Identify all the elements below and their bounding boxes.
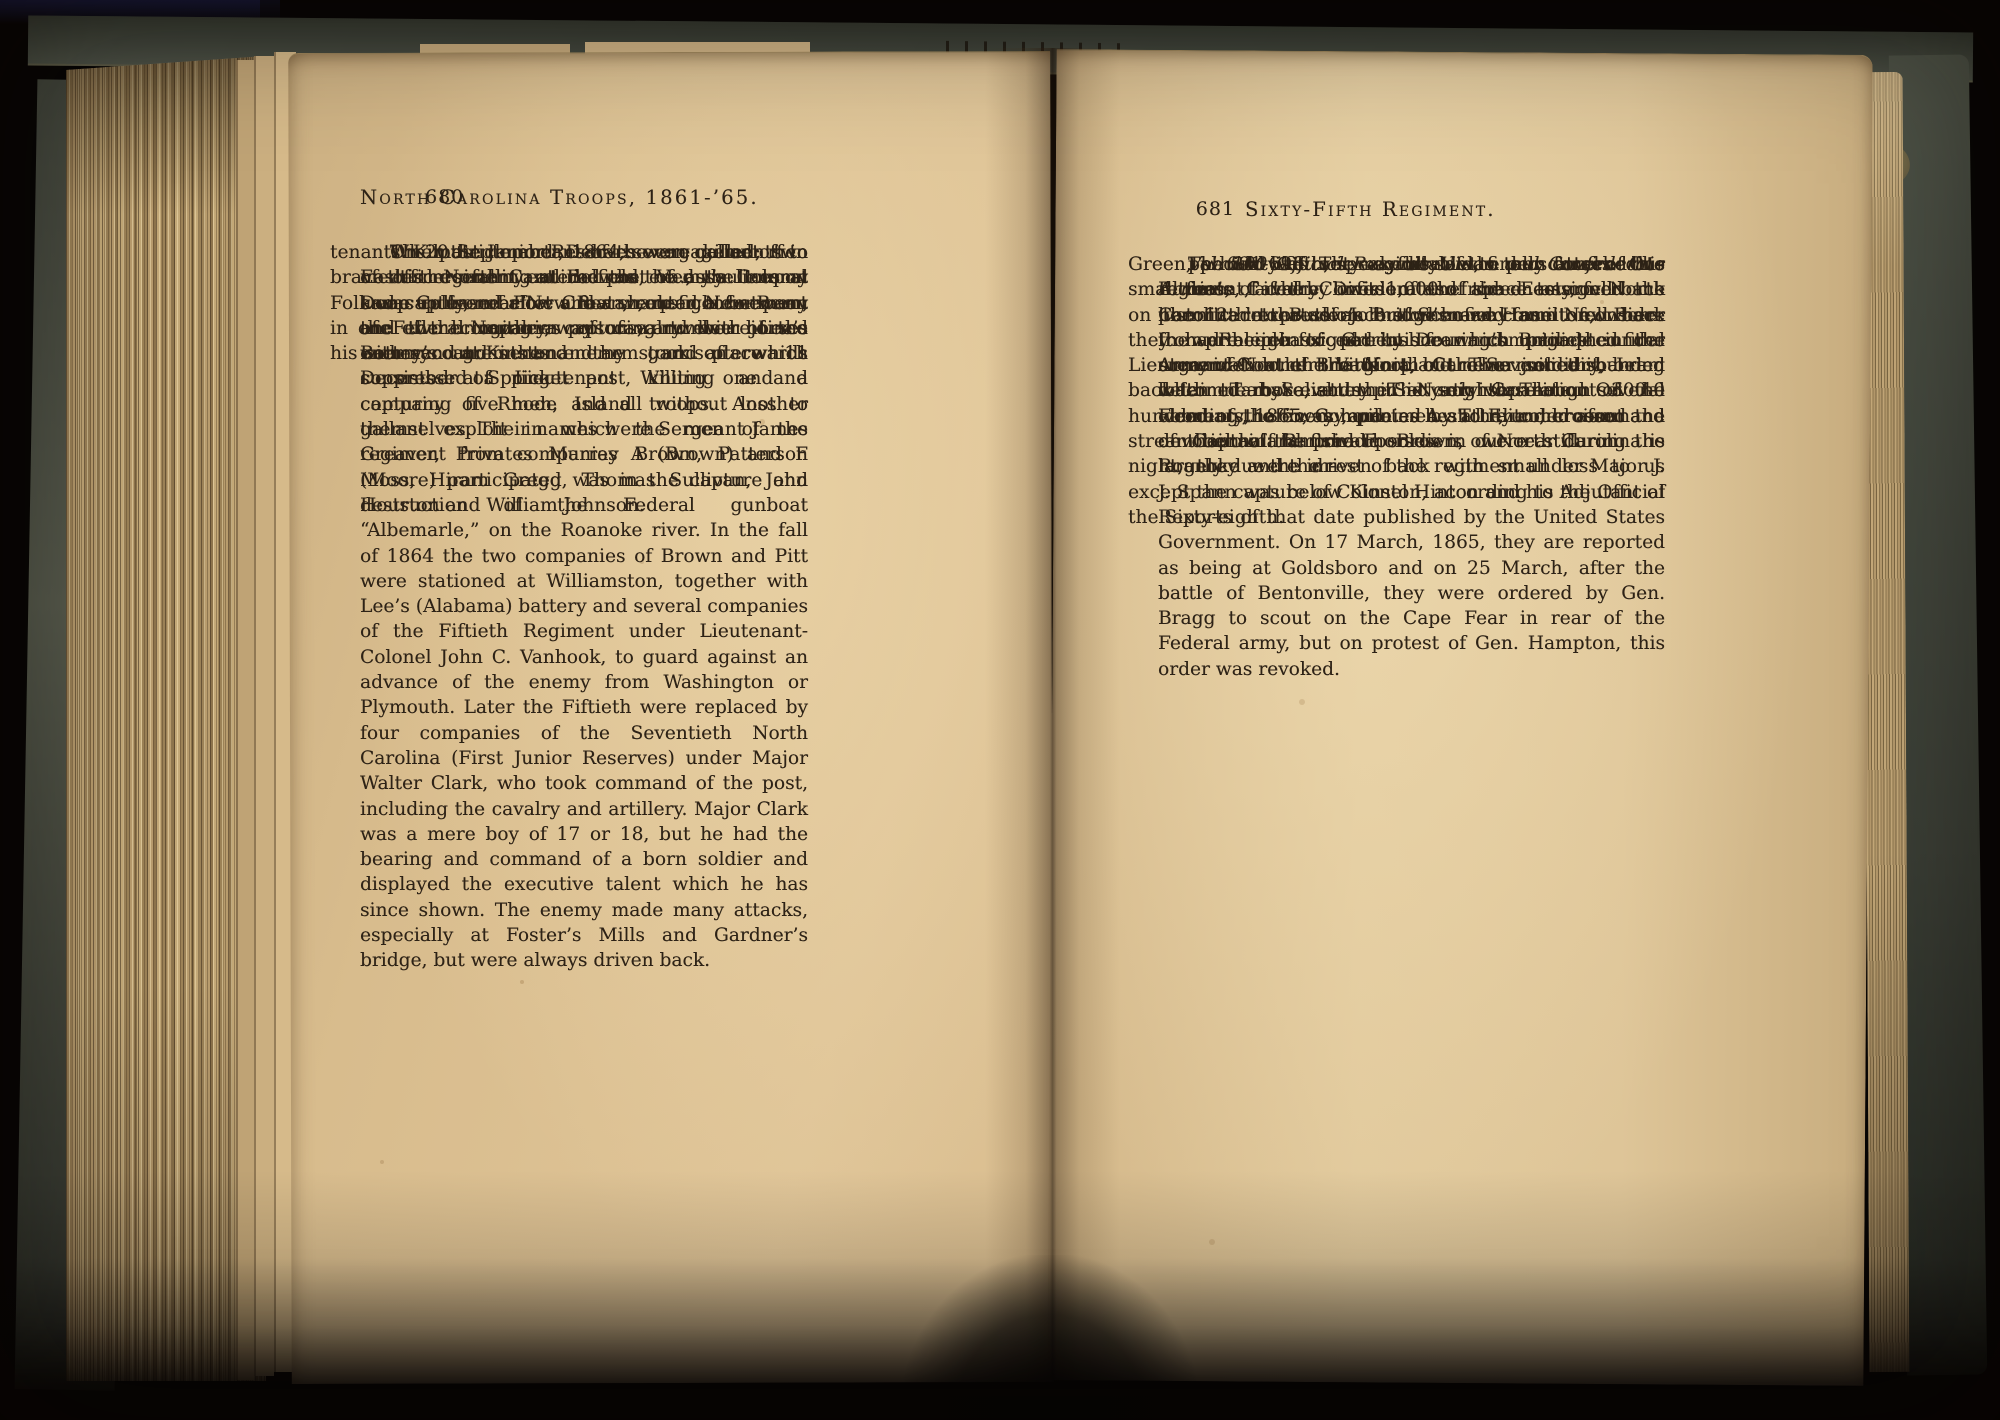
open-book-photo: 680 North Carolina Troops, 1861-’65. Six…: [0, 0, 2000, 1420]
body-text: When the Junior Reserves were called off…: [360, 240, 808, 392]
body-text: I should like to speak fully of the pers…: [1158, 252, 1665, 480]
left-header-title: North Carolina Troops, 1861-’65.: [360, 186, 759, 209]
right-page-number: 681: [1165, 198, 1235, 220]
foxing-specks: [520, 980, 524, 984]
gutter-foot-shadow: [900, 1255, 1200, 1420]
